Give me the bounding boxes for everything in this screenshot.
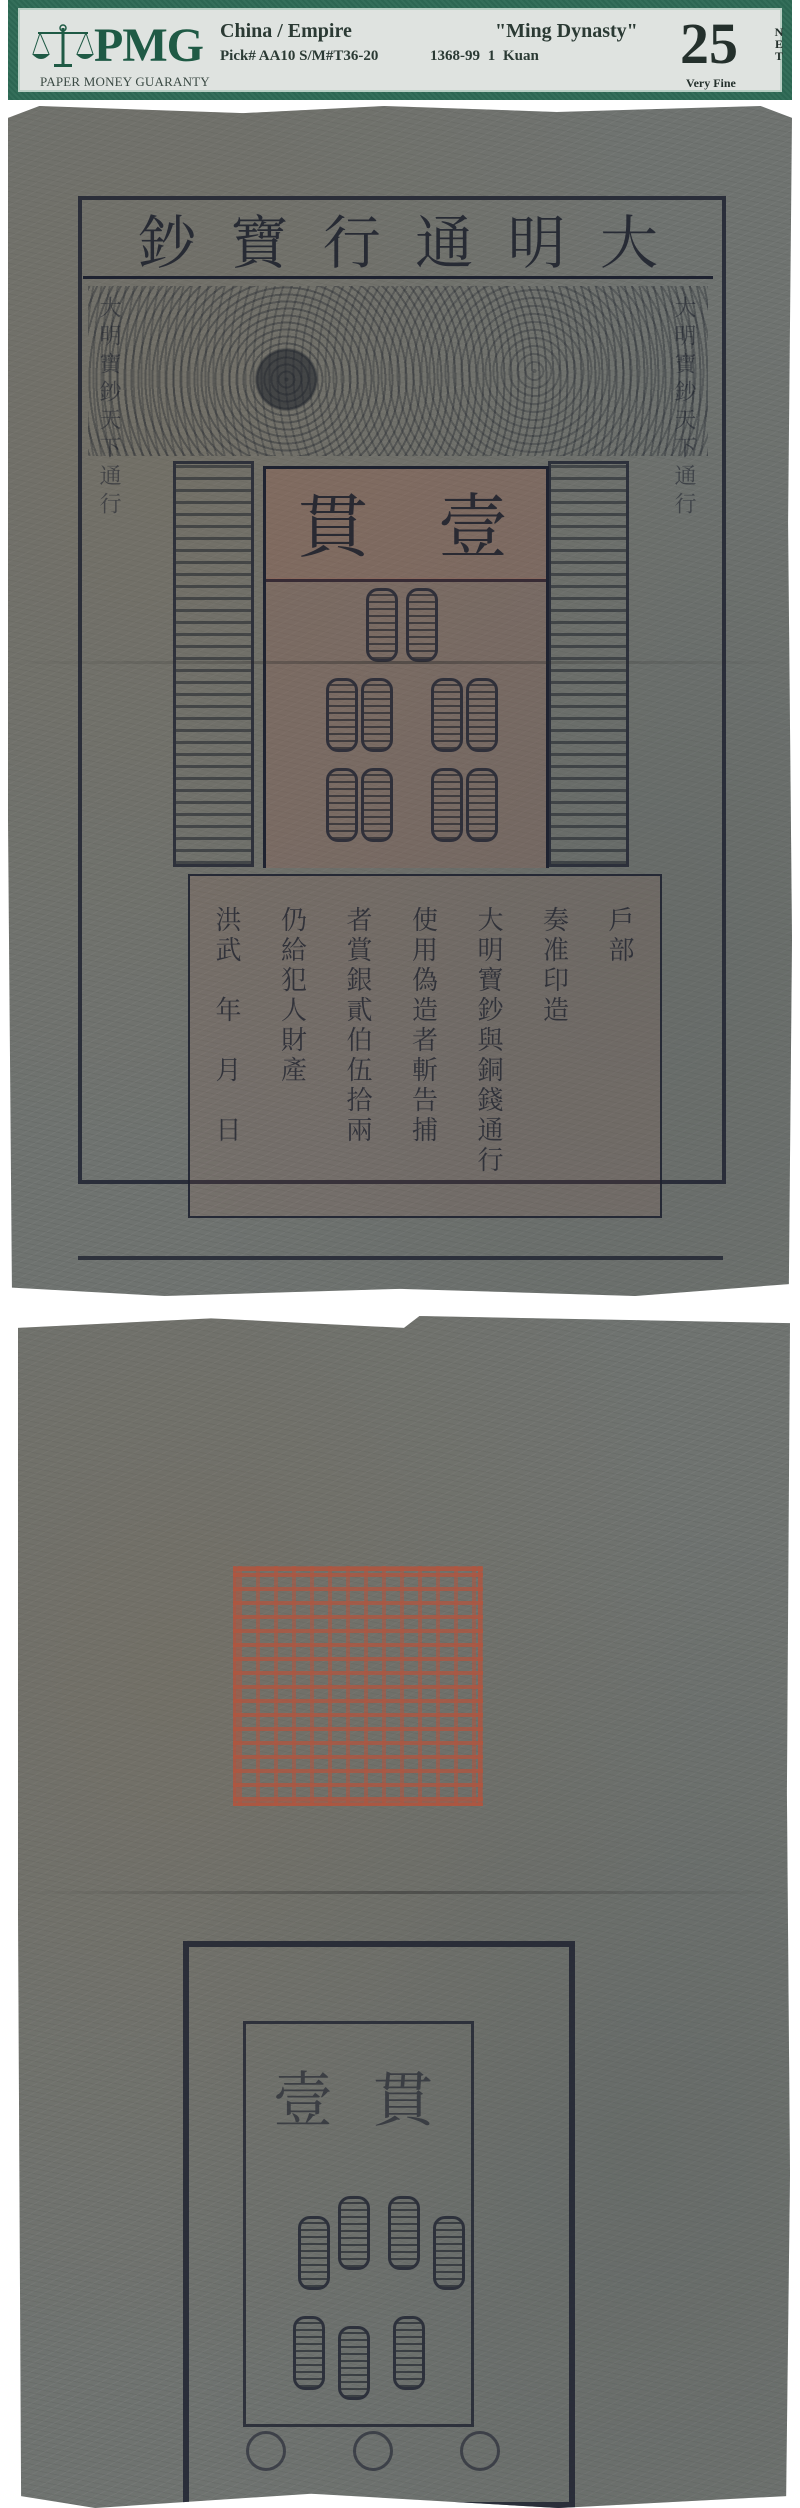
banknote-back: 壹 貫 xyxy=(18,1316,790,2508)
coin-string-icon xyxy=(433,2216,465,2290)
coin-string-icon xyxy=(466,768,498,842)
coin-string-icon xyxy=(298,2216,330,2290)
title-char: 大 xyxy=(600,196,658,280)
grade-description: Very Fine xyxy=(686,76,736,91)
title-char: 行 xyxy=(323,196,381,280)
inscription-column: 戶部 xyxy=(601,906,638,1206)
coin-string-icon xyxy=(326,678,358,752)
inscription-column: 仍給犯人財產 xyxy=(274,906,311,1206)
inscription-column: 大明寶鈔與銅錢通行 xyxy=(470,906,507,1206)
denomination-char: 貫 xyxy=(373,2053,433,2139)
pmg-tagline: PAPER MONEY GUARANTY xyxy=(40,74,210,90)
coin-string-icon xyxy=(326,768,358,842)
coin-string-icon xyxy=(431,678,463,752)
date-denomination: 1368-99 1 Kuan xyxy=(430,48,539,65)
coin-string-icon xyxy=(293,2316,325,2390)
denomination-char: 壹 xyxy=(438,471,508,572)
inscription-column: 者賞銀貳伯伍拾兩 xyxy=(339,906,376,1206)
medallion-icon xyxy=(353,2431,393,2471)
fold-crease xyxy=(8,661,792,664)
left-seal-script-panel xyxy=(173,461,254,867)
pmg-wordmark: PMG xyxy=(94,24,203,68)
title-char: 鈔 xyxy=(138,196,196,280)
coin-strings-illustration xyxy=(263,578,549,868)
inscription-column: 使用偽造者斬告捕 xyxy=(405,906,442,1206)
red-official-seal xyxy=(233,1566,483,1806)
banknote-front: 鈔 寶 行 通 明 大 大明寶鈔天下通行 大明寶鈔天下通行 貫 壹 戶部 奏准印… xyxy=(8,106,792,1296)
coin-string-icon xyxy=(466,678,498,752)
scales-of-justice-icon xyxy=(32,24,94,68)
pmg-label-panel: PMG PAPER MONEY GUARANTY China / Empire … xyxy=(18,8,782,92)
title-char: 明 xyxy=(508,196,566,280)
pmg-grading-label: PMG PAPER MONEY GUARANTY China / Empire … xyxy=(8,0,792,100)
coin-string-icon xyxy=(361,768,393,842)
title-char: 寶 xyxy=(230,196,288,280)
medallion-icon xyxy=(246,2431,286,2471)
coin-string-icon xyxy=(338,2196,370,2270)
coin-string-icon xyxy=(406,588,438,662)
coin-string-icon xyxy=(431,768,463,842)
catalog-number: Pick# AA10 S/M#T36-20 xyxy=(220,48,378,65)
coin-string-icon xyxy=(361,678,393,752)
back-denomination-characters: 壹 貫 xyxy=(253,2036,453,2156)
denomination-char: 壹 xyxy=(273,2053,333,2139)
net-qualifier: N E T xyxy=(773,26,785,62)
back-medallion-row xyxy=(213,2426,533,2476)
bottom-border-rule xyxy=(78,1256,723,1260)
denomination: 1 Kuan xyxy=(488,48,539,64)
title-char: 通 xyxy=(415,196,473,280)
inscription-text: 戶部 奏准印造 大明寶鈔與銅錢通行 使用偽造者斬告捕 者賞銀貳伯伍拾兩 仍給犯人… xyxy=(208,906,638,1206)
series-name: "Ming Dynasty" xyxy=(495,20,638,43)
coin-string-icon xyxy=(338,2326,370,2400)
denomination-char: 貫 xyxy=(298,471,368,572)
coin-string-icon xyxy=(366,588,398,662)
dragon-ornament xyxy=(88,286,708,456)
country-label: China / Empire xyxy=(220,20,352,43)
medallion-icon xyxy=(460,2431,500,2471)
pmg-logo: PMG xyxy=(32,24,203,68)
fold-crease xyxy=(18,1891,790,1894)
issue-dates: 1368-99 xyxy=(430,48,480,64)
coin-string-icon xyxy=(393,2316,425,2390)
inscription-column: 洪武 年 月 日 xyxy=(208,906,245,1206)
grade-number: 25 xyxy=(680,14,738,74)
right-seal-script-panel xyxy=(548,461,629,867)
net-letter: T xyxy=(773,50,785,62)
inscription-column: 奏准印造 xyxy=(536,906,573,1206)
denomination-characters: 貫 壹 xyxy=(263,466,543,576)
coin-string-icon xyxy=(388,2196,420,2270)
note-title: 鈔 寶 行 通 明 大 xyxy=(138,196,658,280)
